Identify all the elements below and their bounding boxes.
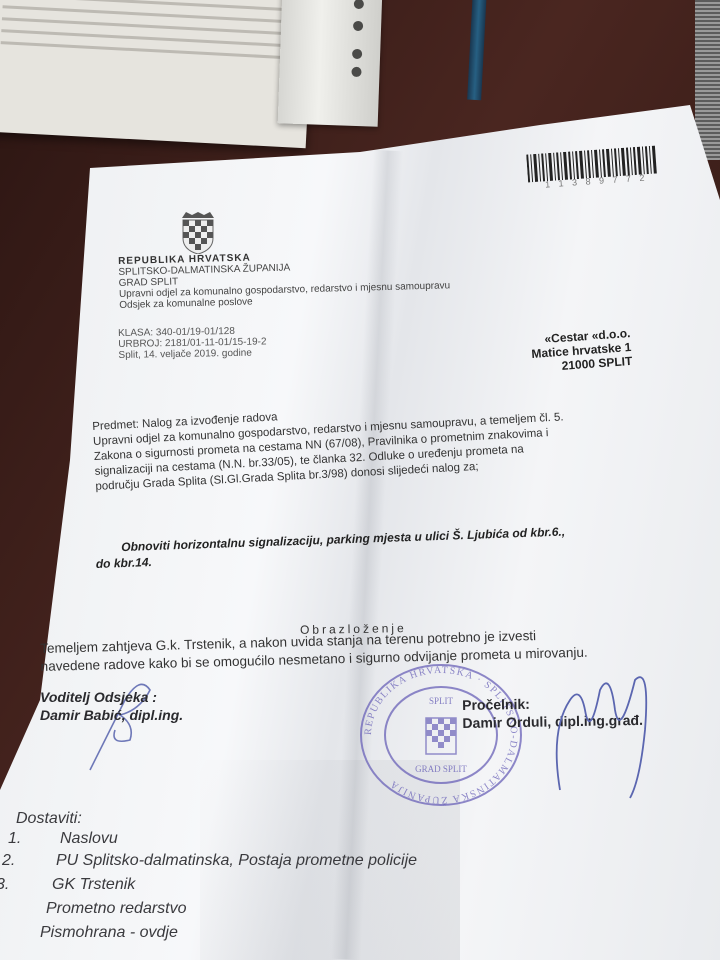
signature-scribble-right — [540, 670, 660, 800]
stamp-center-bottom: GRAD SPLIT — [415, 764, 467, 774]
signature-left: Voditelj Odsjeka : Damir Babić, dipl.ing… — [40, 688, 183, 724]
distribution-item: Prometno redarstvo — [46, 900, 187, 918]
distribution-item: 1.Naslovu — [8, 830, 118, 848]
reference-block: KLASA: 340-01/19-01/128 URBROJ: 2181/01-… — [118, 325, 267, 361]
background-paper-stack — [0, 0, 314, 148]
signature-scribble-left — [80, 670, 170, 780]
recipient-address: «Cestar «d.o.o. Matice hrvatske 1 21000 … — [530, 326, 633, 375]
left-signatory-name: Damir Babić, dipl.ing. — [40, 706, 183, 724]
plastic-sleeve — [278, 0, 383, 127]
distribution-label: Dostaviti: — [16, 808, 82, 829]
distribution-item: 3.GK Trstenik — [0, 876, 135, 894]
left-signatory-title: Voditelj Odsjeka : — [40, 688, 183, 706]
issuer-header: REPUBLIKA HRVATSKA SPLITSKO-DALMATINSKA … — [118, 247, 451, 311]
official-stamp: SPLIT GRAD SPLIT REPUBLIKA HRVATSKA · SP… — [356, 660, 526, 810]
distribution-item: 2.PU Splitsko-dalmatinska, Postaja prome… — [2, 852, 417, 870]
stamp-center-top: SPLIT — [429, 696, 454, 706]
coat-of-arms-icon — [180, 212, 216, 254]
distribution-item: Pismohrana - ovdje — [40, 924, 178, 942]
